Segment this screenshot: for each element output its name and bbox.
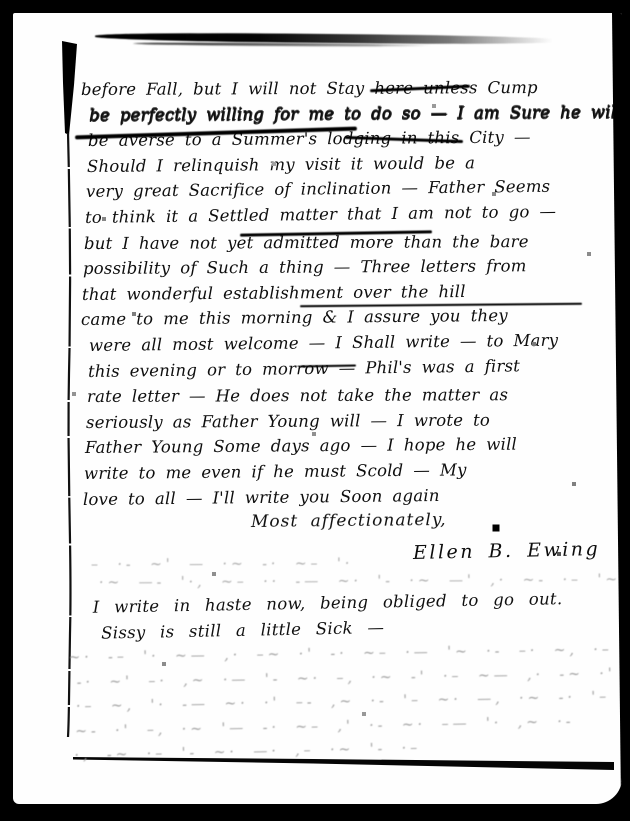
- letter-body: before Fall, but I will not Stay here un…: [85, 77, 619, 512]
- letter-page: before Fall, but I will not Stay here un…: [13, 13, 622, 804]
- bleedthrough-marks-bottom: ~· -– '· ~— ,· –~ ·' -· ~– ·— '~ ·- –· ~…: [72, 640, 618, 768]
- handwritten-line: love to all — I'll write you Soon again: [83, 480, 619, 512]
- scanned-letter: before Fall, but I will not Stay here un…: [0, 0, 630, 821]
- scan-noise-specks: [13, 13, 15, 15]
- handwritten-line: rate letter — He does not take the matte…: [87, 382, 619, 410]
- handwritten-line: before Fall, but I will not Stay here un…: [81, 75, 619, 103]
- letter-postscript: I write in haste now, being obliged to g…: [97, 587, 622, 646]
- letter-closing: Most affectionately,: [251, 510, 447, 532]
